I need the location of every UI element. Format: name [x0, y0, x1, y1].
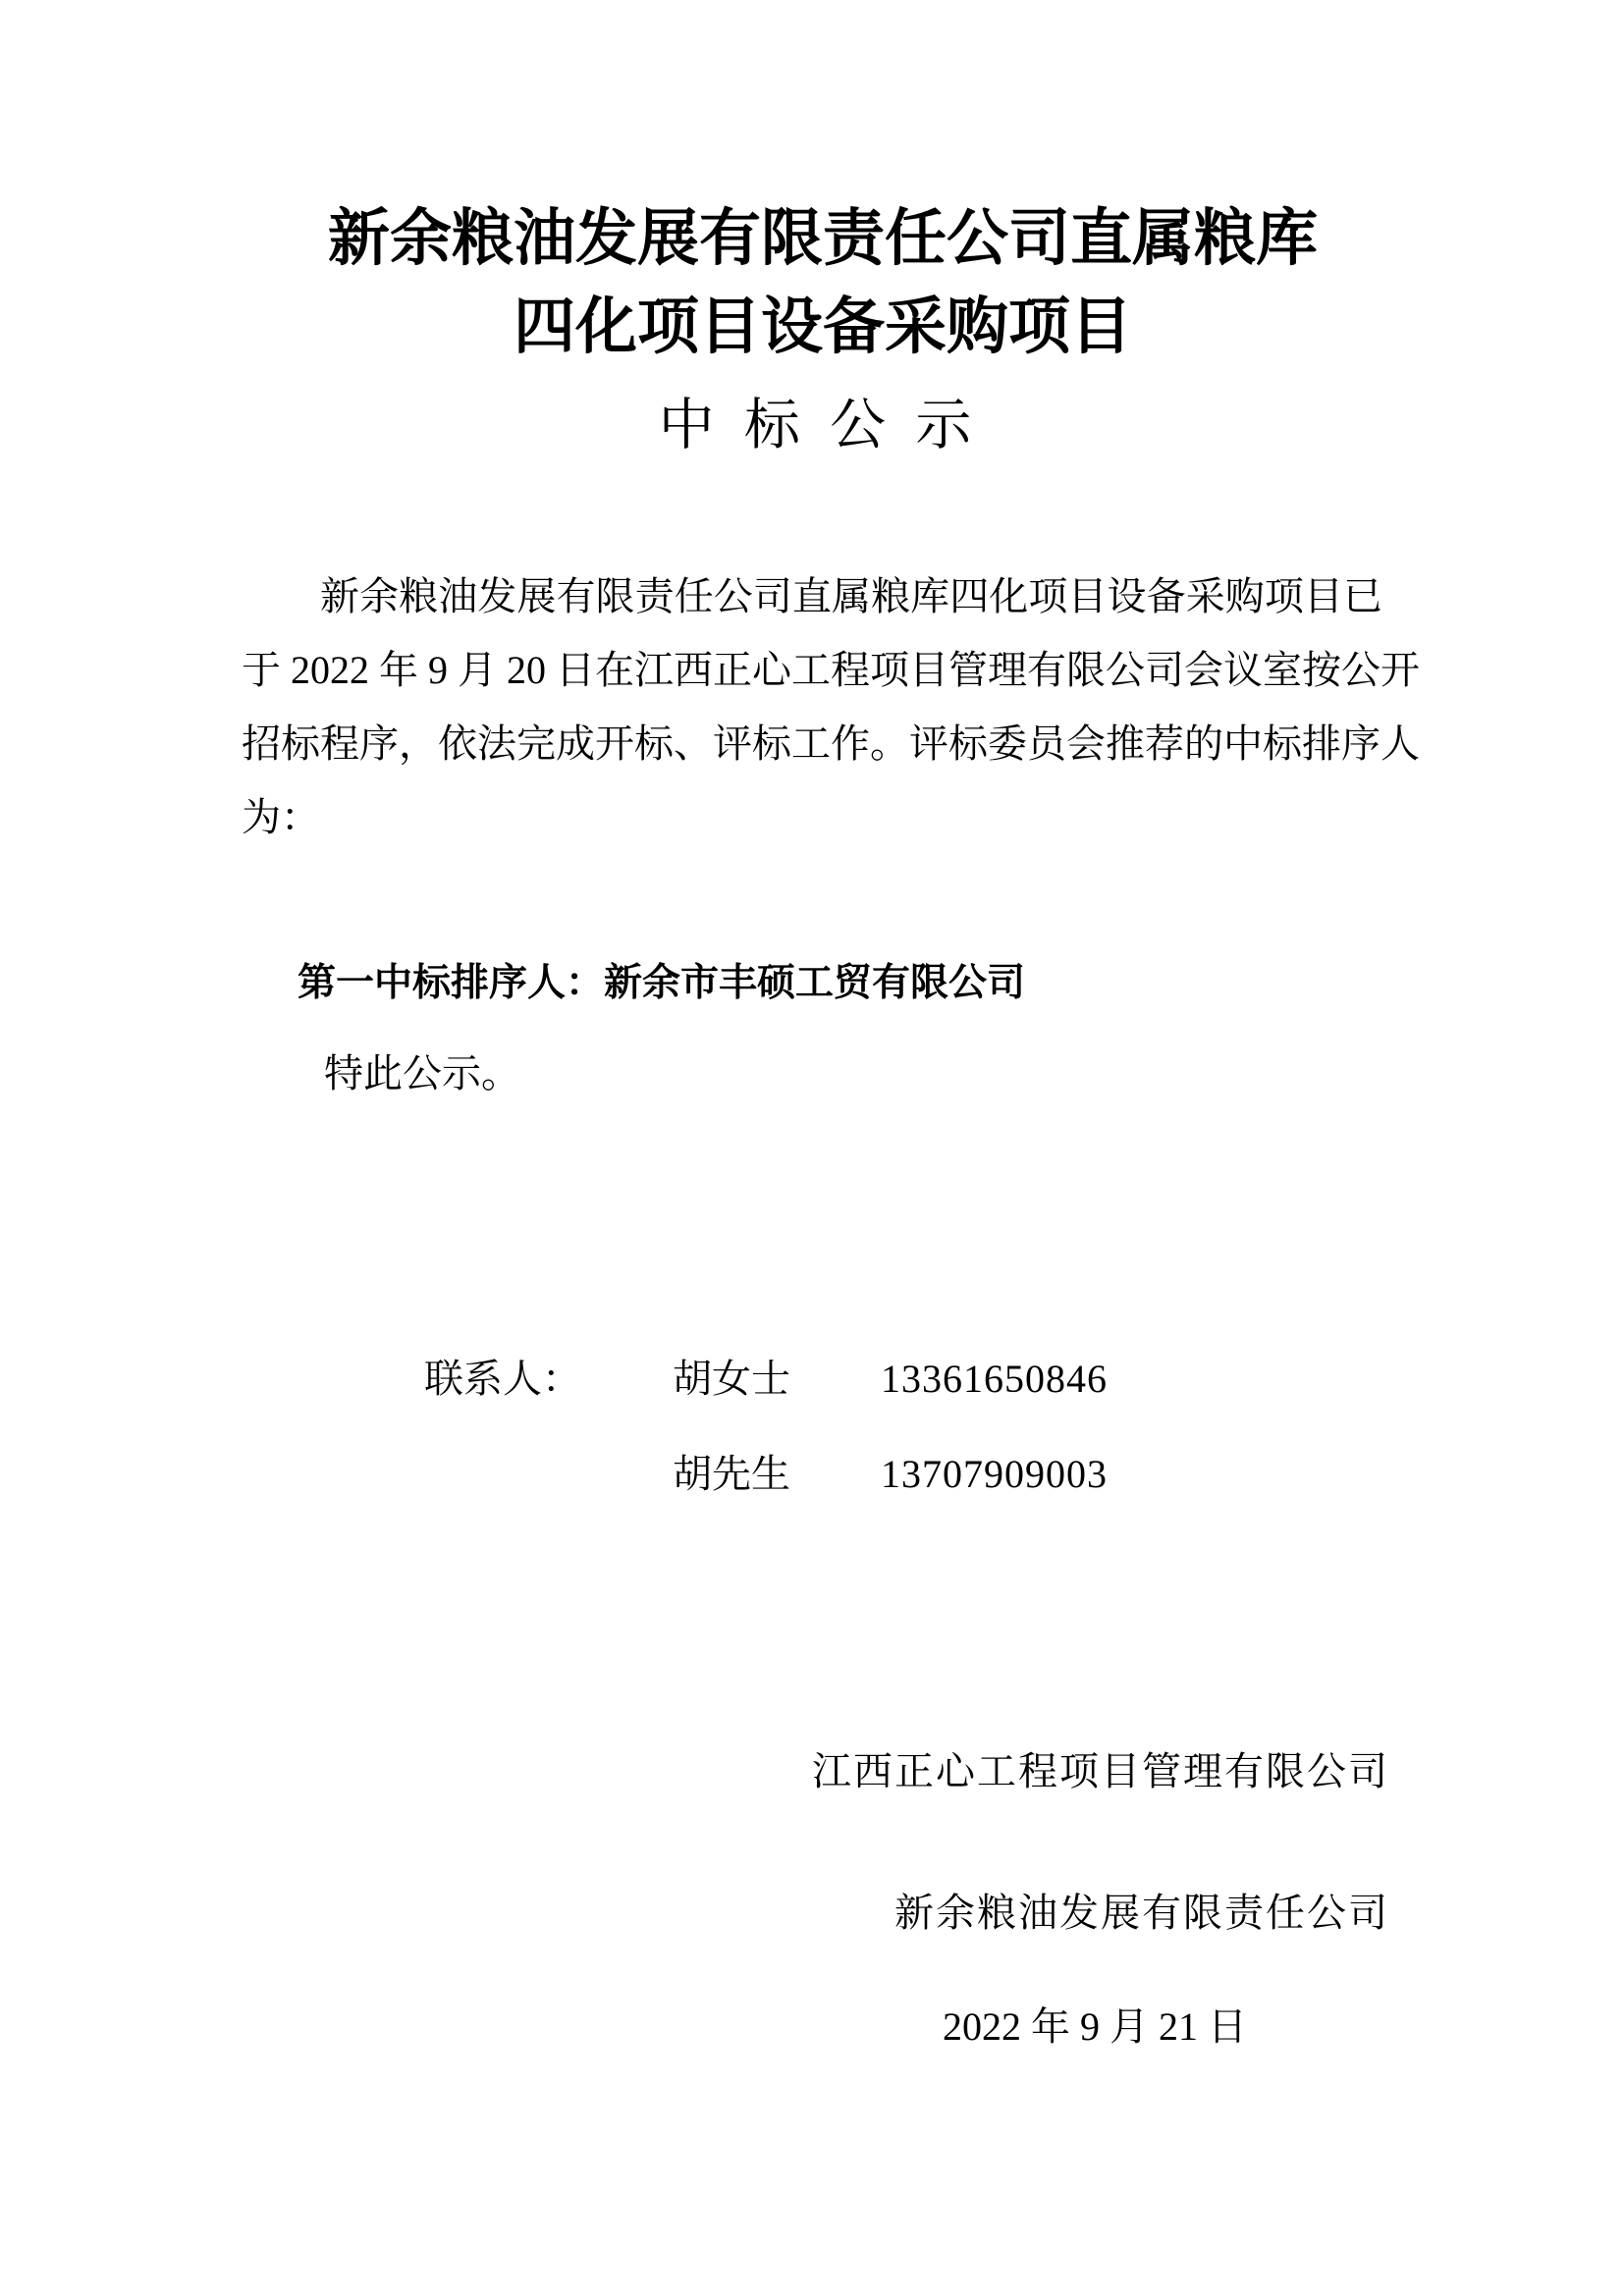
subtitle-award-notice: 中 标 公 示	[0, 395, 1624, 457]
date-line: 2022 年 9 月 21 日	[943, 2002, 1247, 2052]
contact-phone: 13707909003	[881, 1451, 1108, 1498]
winner-line: 第一中标排序人：新余市丰硕工贸有限公司	[298, 960, 1382, 1007]
body-line: 新余粮油发展有限责任公司直属粮库四化项目设备采购项目已	[242, 560, 1382, 633]
notice-line: 特此公示。	[324, 1050, 1382, 1097]
contact-label: 联系人：	[424, 1356, 581, 1403]
signature-owner: 新余粮油发展有限责任公司	[894, 1889, 1389, 1938]
contact-phone: 13361650846	[881, 1356, 1108, 1403]
body-line: 为：	[242, 780, 1382, 854]
signature-agency: 江西正心工程项目管理有限公司	[812, 1747, 1389, 1796]
contact-row: 胡先生 13707909003	[0, 1451, 1624, 1498]
title-line-2: 四化项目设备采购项目	[0, 293, 1624, 361]
contact-row: 联系人： 胡女士 13361650846	[0, 1356, 1624, 1403]
announcement-page: 新余粮油发展有限责任公司直属粮库 四化项目设备采购项目 中 标 公 示 新余粮油…	[0, 0, 1624, 2296]
body-line: 于 2022 年 9 月 20 日在江西正心工程项目管理有限公司会议室按公开	[242, 633, 1382, 707]
body-line: 招标程序，依法完成开标、评标工作。评标委员会推荐的中标排序人	[242, 707, 1382, 780]
title-line-1: 新余粮油发展有限责任公司直属粮库	[0, 204, 1624, 273]
contact-name: 胡先生	[673, 1451, 790, 1498]
contact-name: 胡女士	[673, 1356, 790, 1403]
